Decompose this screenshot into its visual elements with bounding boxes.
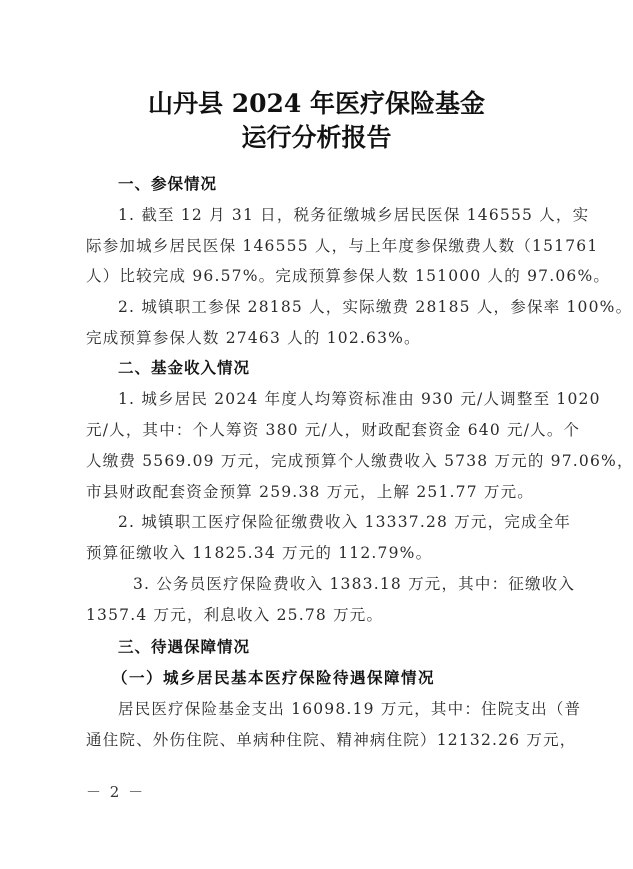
document-page: 山丹县 2024 年医疗保险基金 运行分析报告 一、参保情况 1. 截至 12 …: [0, 0, 633, 869]
paragraph-line: 市县财政配套资金预算 259.38 万元，上解 251.77 万元。: [86, 482, 556, 502]
paragraph-line: 预算征缴收入 11825.34 万元的 112.79%。: [86, 543, 556, 563]
document-title-line-1: 山丹县 2024 年医疗保险基金: [0, 84, 633, 120]
paragraph-line: 完成预算参保人数 27463 人的 102.63%。: [86, 328, 556, 348]
section-heading-benefits: 三、待遇保障情况: [118, 637, 250, 657]
subsection-heading-resident-insurance: （一）城乡居民基本医疗保险待遇保障情况: [112, 668, 435, 688]
paragraph-line: 人）比较完成 96.57%。完成预算参保人数 151000 人的 97.06%。: [86, 266, 556, 286]
section-heading-enrollment: 一、参保情况: [118, 174, 217, 194]
paragraph-line: 2. 城镇职工参保 28185 人，实际缴费 28185 人，参保率 100%。: [118, 297, 556, 317]
paragraph-line: 2. 城镇职工医疗保险征缴费收入 13337.28 万元，完成全年: [118, 512, 556, 532]
paragraph-line: 1. 截至 12 月 31 日，税务征缴城乡居民医保 146555 人，实: [118, 205, 556, 225]
paragraph-line: 1357.4 万元，利息收入 25.78 万元。: [86, 605, 556, 625]
page-number: － 2 －: [86, 781, 145, 802]
document-title-line-2: 运行分析报告: [0, 118, 633, 154]
paragraph-line: 通住院、外伤住院、单病种住院、精神病住院）12132.26 万元，: [86, 730, 556, 750]
paragraph-line: 3. 公务员医疗保险费收入 1383.18 万元，其中：征缴收入: [133, 574, 556, 594]
paragraph-line: 人缴费 5569.09 万元，完成预算个人缴费收入 5738 万元的 97.06…: [86, 451, 556, 471]
paragraph-line: 际参加城乡居民医保 146555 人，与上年度参保缴费人数（151761: [86, 236, 556, 256]
paragraph-line: 居民医疗保险基金支出 16098.19 万元，其中：住院支出（普: [118, 699, 556, 719]
section-heading-fund-income: 二、基金收入情况: [118, 358, 250, 378]
paragraph-line: 元/人，其中：个人筹资 380 元/人，财政配套资金 640 元/人。个: [86, 420, 556, 440]
paragraph-line: 1. 城乡居民 2024 年度人均筹资标准由 930 元/人调整至 1020: [118, 389, 556, 409]
